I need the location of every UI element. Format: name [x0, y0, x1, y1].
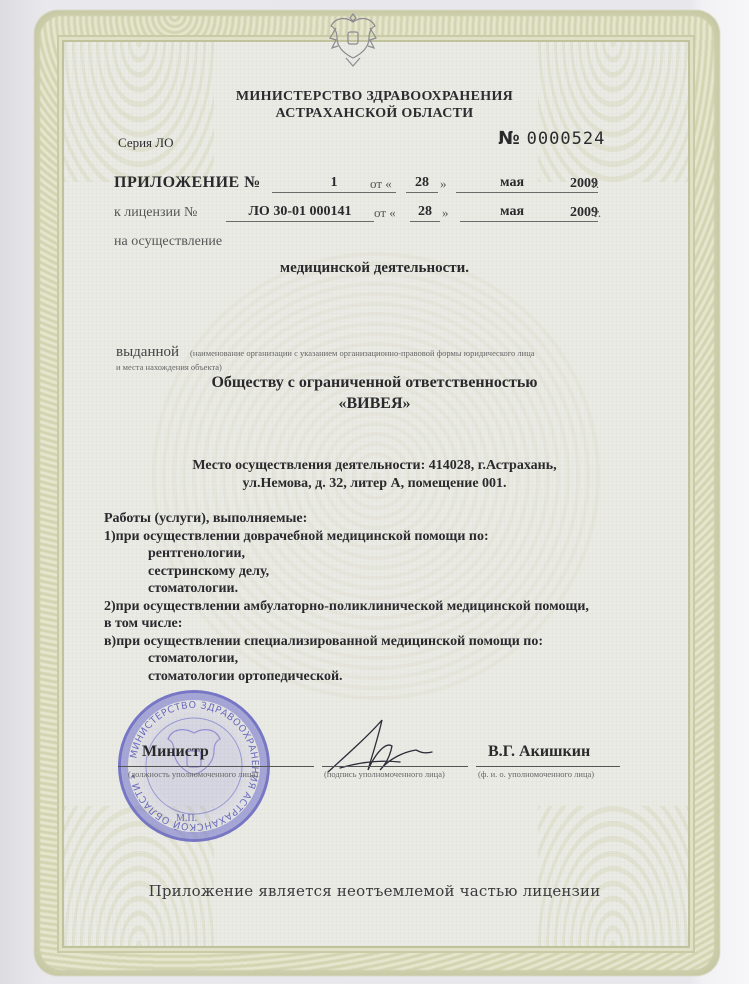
signature-line	[322, 766, 468, 767]
signer-name: В.Г. Акишкин	[488, 743, 590, 761]
issued-label: выданной	[116, 344, 179, 361]
appendix-year-suffix: г.	[592, 176, 599, 192]
works-list-item: Работы (услуги), выполняемые:	[104, 510, 589, 528]
license-year: 2009	[528, 204, 598, 222]
name-line	[476, 766, 620, 767]
works-list-item: рентгенологии,	[104, 545, 589, 563]
license-number: ЛО 30-01 000141	[226, 203, 374, 222]
place-line-2: ул.Немова, д. 32, литер А, помещение 001…	[0, 476, 749, 492]
activity-type: медицинской деятельности.	[0, 260, 749, 277]
number-value: 0000524	[527, 129, 606, 149]
works-list-item: 1)при осуществлении доврачебной медицинс…	[104, 528, 589, 546]
name-caption: (ф. и. о. уполномоченного лица)	[478, 769, 594, 779]
place-line-1: Место осуществления деятельности: 414028…	[0, 458, 749, 474]
corner-ornament	[538, 806, 688, 946]
issued-note-line-2: и места нахождения объекта)	[116, 362, 222, 372]
document-number: №0000524	[498, 128, 605, 149]
for-label: на осуществление	[114, 234, 222, 250]
license-year-suffix: г.	[594, 205, 601, 221]
works-list-item: 2)при осуществлении амбулаторно-поликлин…	[104, 598, 589, 616]
issuer-line-2: АСТРАХАНСКОЙ ОБЛАСТИ	[0, 105, 749, 123]
works-list-item: сестринскому делу,	[104, 563, 589, 581]
footer-note: Приложение является неотъемлемой частью …	[0, 882, 749, 900]
appendix-day-close: »	[440, 176, 447, 192]
works-list: Работы (услуги), выполняемые:1)при осуще…	[104, 510, 589, 685]
license-row: к лицензии № ЛО 30-01 000141 от « 28 » м…	[114, 199, 614, 225]
works-list-item: стоматологии.	[104, 580, 589, 598]
license-label: к лицензии №	[114, 205, 197, 221]
license-from-label: от «	[374, 205, 396, 221]
license-day: 28	[410, 203, 440, 222]
series-label: Серия ЛО	[118, 135, 174, 151]
appendix-row: ПРИЛОЖЕНИЕ № 1 от « 28 » мая 2009 г.	[114, 170, 614, 196]
number-sign: №	[498, 128, 521, 149]
issued-note-line-1: (наименование организации с указанием ор…	[190, 348, 535, 358]
appendix-year: 2009	[528, 175, 598, 193]
position-line	[118, 766, 314, 767]
appendix-label: ПРИЛОЖЕНИЕ №	[114, 174, 261, 192]
signature-caption: (подпись уполномоченного лица)	[324, 769, 445, 779]
stamp-mp-label: М.П.	[176, 813, 197, 824]
coat-of-arms-icon	[324, 10, 382, 70]
organization-line-1: Обществу с ограниченной ответственностью	[0, 374, 749, 392]
works-list-item: в том числе:	[104, 615, 589, 633]
signer-position: Министр	[142, 743, 209, 761]
works-list-item: в)при осуществлении специализированной м…	[104, 633, 589, 651]
appendix-from-label: от «	[370, 176, 392, 192]
appendix-day: 28	[406, 174, 438, 193]
works-list-item: стоматологии,	[104, 650, 589, 668]
organization-line-2: «ВИВЕЯ»	[0, 395, 749, 413]
license-day-close: »	[442, 205, 449, 221]
issuer-line-1: МИНИСТЕРСТВО ЗДРАВООХРАНЕНИЯ	[0, 88, 749, 106]
position-caption: (должность уполномоченного лица)	[128, 769, 258, 779]
works-list-item: стоматологии ортопедической.	[104, 668, 589, 686]
